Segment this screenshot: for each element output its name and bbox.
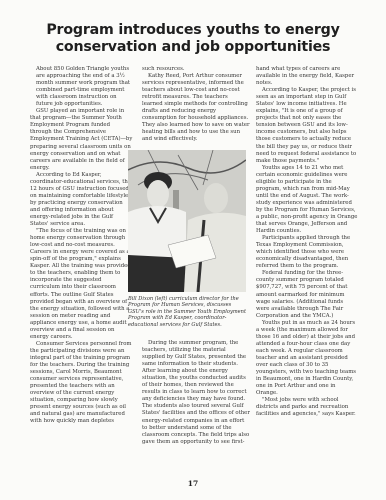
title-line-2: conservation and job opportunities (0, 39, 386, 56)
paragraph: Participants applied through the Texas E… (256, 235, 358, 270)
paragraph: Youths put in as much as 24 hours a week… (256, 320, 358, 398)
paragraph: During the summer program, the teachers,… (142, 340, 250, 446)
article-photo (128, 150, 246, 292)
paragraph: GSU played an important role in that pro… (30, 108, 133, 171)
paragraph: About 850 Golden Triangle youths are app… (30, 66, 133, 108)
paragraph: hand what types of careers are available… (256, 66, 358, 87)
title-line-1: Program introduces youths to energy (0, 22, 386, 39)
photo-caption: Bill Dixon (left) curriculum director fo… (128, 296, 248, 328)
column-1: About 850 Golden Triangle youths are app… (30, 66, 133, 425)
paragraph: According to Ed Kasper, coordinator-educ… (30, 172, 133, 228)
page-number: 17 (0, 479, 386, 488)
column-2-top: such resources. Kathy Reed, Port Arthur … (142, 66, 250, 144)
paragraph: Consumer Services personnel from the par… (30, 341, 133, 426)
paragraph: Kathy Reed, Port Arthur consumer service… (142, 73, 250, 143)
paragraph: "The focus of the training was on home e… (30, 228, 133, 341)
paragraph: "Most jobs were with school districts an… (256, 397, 358, 418)
paragraph: According to Kasper, the project is seen… (256, 87, 358, 165)
column-3: hand what types of careers are available… (256, 66, 358, 418)
article-title: Program introduces youths to energy cons… (0, 22, 386, 56)
paragraph: Youths ages 14 to 21 who met certain eco… (256, 165, 358, 235)
paragraph: such resources. (142, 66, 250, 73)
paragraph: Federal funding for the three-county sum… (256, 270, 358, 319)
column-2-bottom: During the summer program, the teachers,… (142, 340, 250, 446)
